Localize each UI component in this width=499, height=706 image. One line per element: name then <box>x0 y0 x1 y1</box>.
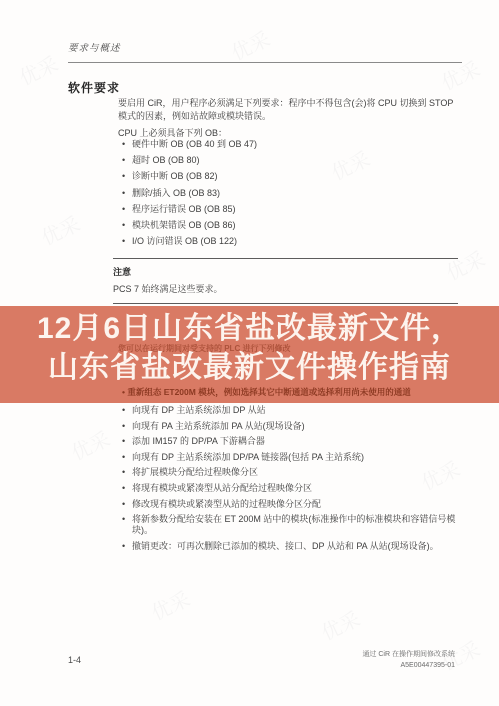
note-box: 注意 PCS 7 始终满足这些要求。 <box>113 258 458 304</box>
banner-line-1: 12月6日山东省盐改最新文件， <box>0 309 499 348</box>
watermark: 优采 <box>316 603 365 646</box>
list-item: 将现有模块或紧凑型从站分配给过程映像分区 <box>120 483 463 494</box>
note-body: PCS 7 始终满足这些要求。 <box>113 282 458 295</box>
watermark: 优采 <box>36 208 85 251</box>
list-item: 删除/插入 OB (OB 83) <box>120 188 459 199</box>
section-heading: 软件要求 <box>68 79 120 96</box>
list-item: 超时 OB (OB 80) <box>120 155 459 166</box>
list-item: 模块机架错误 OB (OB 86) <box>120 220 459 231</box>
modification-list: 向现有 DP 主站系统添加 DP 从站 向现有 PA 主站系统添加 PA 从站(… <box>120 405 463 556</box>
overlay-banner: 您可以在运行期间对受支持的 PLC 进行下列修改 12月6日山东省盐改最新文件，… <box>0 306 499 403</box>
list-item: 撤销更改：可再次删除已添加的模块、接口、DP 从站和 PA 从站(现场设备)。 <box>120 541 463 552</box>
list-item: 向现有 DP 主站系统添加 DP 从站 <box>120 405 463 416</box>
banner-text: 12月6日山东省盐改最新文件， 山东省盐改最新文件操作指南 <box>0 309 499 387</box>
cpu-requirement-line: CPU 上必须具备下列 OB： <box>118 126 459 139</box>
intro-paragraph: 要启用 CiR，用户程序必须满足下列要求：程序中不得包含(会)将 CPU 切换到… <box>118 97 459 123</box>
list-item: 诊断中断 OB (OB 82) <box>120 171 459 182</box>
footer-doc-info: 通过 CiR 在操作期间修改系统 A5E00447395-01 <box>362 649 455 671</box>
page-header-title: 要求与概述 <box>68 44 121 54</box>
watermark: 优采 <box>146 583 195 626</box>
page-header: 要求与概述 <box>68 38 462 63</box>
list-item: 将扩展模块分配给过程映像分区 <box>120 467 463 478</box>
footer-page-number: 1-4 <box>68 655 81 665</box>
list-item: 添加 IM157 的 DP/PA 下游耦合器 <box>120 436 463 447</box>
list-item: I/O 访问错误 OB (OB 122) <box>120 236 459 247</box>
list-item: 向现有 DP 主站系统添加 DP/PA 链接器(包括 PA 主站系统) <box>120 452 463 463</box>
footer-doc-id: A5E00447395-01 <box>362 660 455 671</box>
note-title: 注意 <box>113 265 458 278</box>
footer-doc-title: 通过 CiR 在操作期间修改系统 <box>362 649 455 660</box>
watermark: 优采 <box>66 423 115 466</box>
watermark: 优采 <box>14 48 63 91</box>
banner-line-2: 山东省盐改最新文件操作指南 <box>0 348 499 387</box>
list-item: 程序运行错误 OB (OB 85) <box>120 204 459 215</box>
list-item: 向现有 PA 主站系统添加 PA 从站(现场设备) <box>120 421 463 432</box>
bleed-through-bullet: 重新组态 ET200M 模块，例如选择其它中断通道或选择利用尚未使用的通道 <box>122 386 469 398</box>
ob-list: 硬件中断 OB (OB 40 到 OB 47) 超时 OB (OB 80) 诊断… <box>120 139 459 252</box>
list-item: 修改现有模块或紧凑型从站的过程映像分区分配 <box>120 499 463 510</box>
list-item: 硬件中断 OB (OB 40 到 OB 47) <box>120 139 459 150</box>
list-item: 将新参数分配给安装在 ET 200M 站中的模块(标准操作中的标准模块和容错信号… <box>120 514 463 536</box>
